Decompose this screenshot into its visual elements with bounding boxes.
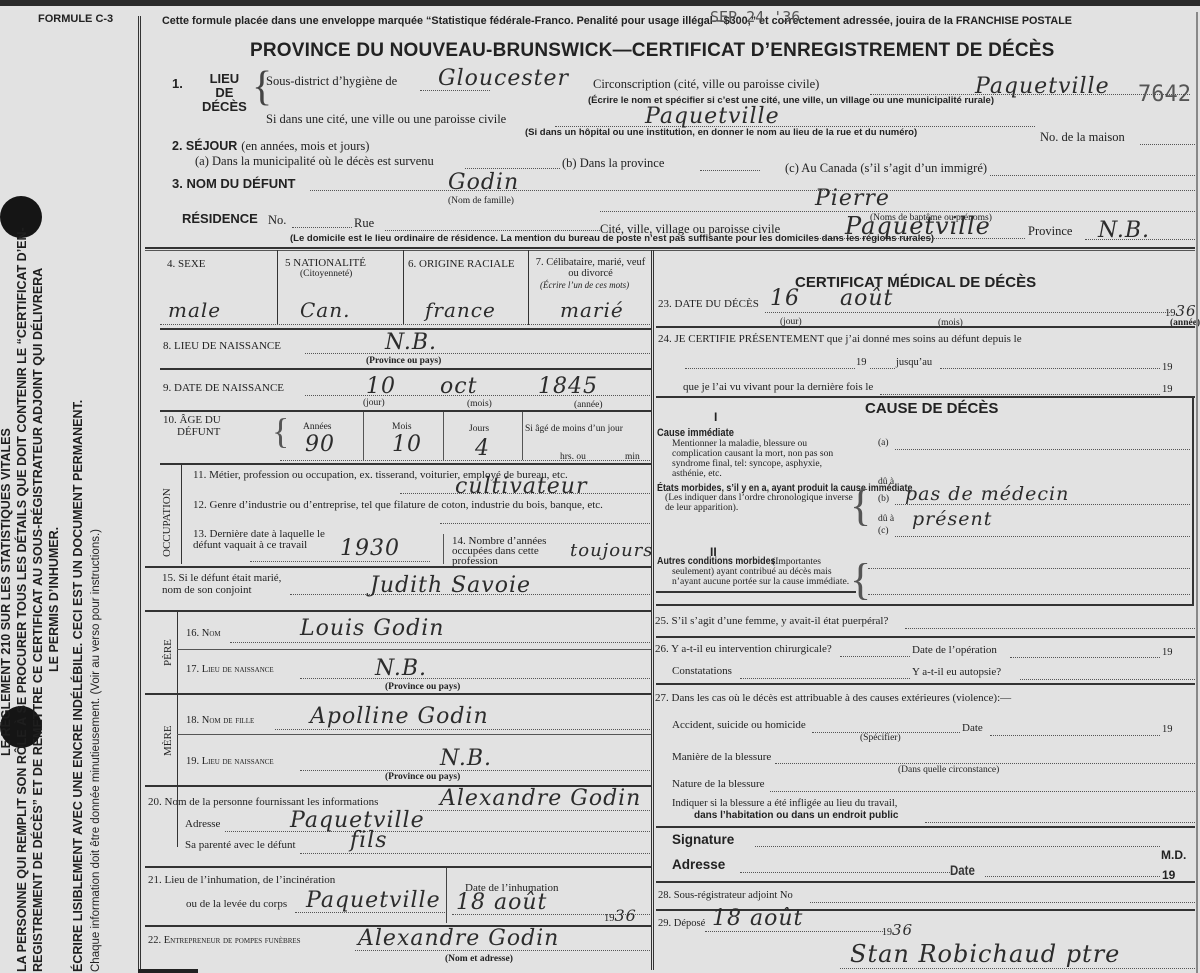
- q29-label: 29. Déposé: [658, 918, 705, 929]
- father-birthplace-label: 17. Lieu de naissance: [186, 664, 274, 675]
- separator: [656, 826, 1195, 828]
- age-months-label: Mois: [392, 422, 412, 432]
- dotted-line: [840, 968, 1195, 969]
- margin-line-4: ÉCRIRE LISIBLEMENT AVEC UNE ENCRE INDÉLÉ…: [70, 400, 86, 972]
- nationalite-sub: (Citoyenneté): [300, 269, 352, 279]
- dotted-line: [310, 190, 1195, 191]
- medical-title: CERTIFICAT MÉDICAL DE DÉCÈS: [795, 274, 1036, 291]
- dotted-line: [305, 395, 650, 396]
- residence-province-value: N.B.: [1098, 218, 1150, 243]
- burial-year-prefix: 19: [604, 913, 615, 924]
- dotted-line: [292, 227, 352, 228]
- date2-label: Date: [950, 863, 975, 878]
- separator: [160, 368, 651, 370]
- father-birthplace-value: N.B.: [375, 656, 427, 681]
- deposited-year-prefix: 19: [882, 927, 892, 938]
- signature-label: Signature: [672, 832, 734, 847]
- dotted-line: [465, 168, 560, 169]
- dotted-line: [250, 561, 430, 562]
- informant-relation-label: Sa parenté avec le défunt: [185, 839, 296, 851]
- dotted-line: [925, 822, 1195, 823]
- dotted-line: [280, 460, 650, 461]
- q24-line3: que je l’ai vu vivant pour la dernière f…: [683, 381, 873, 393]
- morbid-brace: {: [850, 484, 871, 528]
- dotted-line: [705, 931, 885, 932]
- deposited-year-value: 36: [892, 921, 913, 939]
- dotted-line: [685, 368, 855, 369]
- left-margin-instructions: LA PERSONNE QUI REMPLIT SON RÔLE À SE PR…: [0, 6, 150, 973]
- nationalite-label: 5 NATIONALITÉ: [285, 257, 366, 269]
- dotted-line: [225, 831, 650, 832]
- burial-place-label-1: 21. Lieu de l’inhumation, de l’incinérat…: [148, 874, 335, 886]
- circonscription-value: Paquetville: [975, 74, 1110, 99]
- deposited-date: 18 août: [712, 906, 803, 931]
- immediate-desc: Mentionner la maladie, blessure ou compl…: [672, 439, 857, 479]
- dotted-line: [770, 791, 1195, 792]
- cell-divider: [181, 464, 182, 564]
- cell-divider: [177, 610, 178, 847]
- dotted-line: [440, 523, 650, 524]
- dotted-line: [1020, 679, 1195, 680]
- other-desc: (Importantes seulement) ayant contribué …: [672, 557, 852, 587]
- section1-label: LIEU DE DÉCÈS: [202, 72, 247, 114]
- subdistrict-label: Sous-district d’hygiène de: [266, 74, 397, 89]
- dotted-line: [275, 729, 650, 730]
- right-edge: [1196, 12, 1198, 973]
- q24-year-3: 19: [1162, 384, 1173, 395]
- birthplace-value: N.B.: [385, 330, 437, 355]
- undertaker-label: 22. Entrepreneur de pompes funèbres: [148, 935, 301, 946]
- sejour-b: (b) Dans la province: [562, 156, 664, 171]
- margin-line-2: REGISTREMENT DE DÉCÈS” ET DE REMETTRE CE…: [30, 268, 46, 972]
- circonscription-label: Circonscription (cité, ville ou paroisse…: [593, 77, 819, 92]
- separator: [656, 326, 1195, 328]
- occupation-side-label: OCCUPATION: [159, 488, 175, 557]
- dotted-line: [895, 536, 1190, 537]
- q26-year: 19: [1162, 647, 1173, 658]
- q24-jusqu: jusqu’au: [896, 357, 932, 368]
- father-name-label: 16. Nom: [186, 628, 221, 639]
- burial-year-value: 36: [615, 906, 637, 925]
- mother-name-value: Apolline Godin: [310, 704, 489, 729]
- dotted-line: [385, 230, 600, 231]
- cell-divider: [403, 250, 404, 325]
- cell-divider: [443, 534, 444, 564]
- maniere-label: Manière de la blessure: [672, 751, 771, 763]
- separator: [145, 610, 651, 612]
- q25-label: 25. S’il s’agit d’une femme, y avait-il …: [655, 615, 888, 627]
- birth-day: 10: [366, 374, 396, 399]
- dotted-line: [755, 846, 1160, 847]
- cause-a-label: (a): [878, 438, 889, 448]
- separator: [145, 866, 651, 868]
- section1-label-line: LIEU: [202, 72, 247, 86]
- q26-label: 26. Y a-t-il eu intervention chirurgical…: [655, 643, 832, 655]
- nationalite-value: Can.: [300, 298, 350, 322]
- separator: [656, 881, 1195, 883]
- informant-address-label: Adresse: [185, 818, 220, 830]
- informant-label: 20. Nom de la personne fournissant les i…: [148, 796, 378, 808]
- cell-divider: [528, 250, 529, 325]
- form-left-border: [138, 16, 141, 971]
- death-date-label: 23. DATE DU DÉCÈS: [658, 298, 759, 310]
- margin-top-line-1: LE RÈGLEMENT 210 SUR LES STATISTIQUES VI…: [0, 428, 14, 756]
- spouse-value: Judith Savoie: [370, 573, 531, 598]
- sexe-label: 4. SEXE: [167, 258, 206, 270]
- q13-value: 1930: [340, 536, 400, 561]
- birth-day-note: (jour): [363, 398, 385, 408]
- age-label: 10. ÂGE DU DÉFUNT: [163, 414, 221, 438]
- separator: [145, 693, 651, 695]
- death-certificate: FORMULE C-3 LA PERSONNE QUI REMPLIT SON …: [0, 0, 1200, 973]
- age-days-label: Jours: [469, 424, 489, 434]
- md-label: M.D.: [1161, 848, 1186, 862]
- separator: [145, 247, 1195, 249]
- margin-line-5: Chaque information doit être donnée minu…: [88, 529, 104, 972]
- date2-year: 19: [1162, 868, 1175, 882]
- dotted-line: [765, 312, 1170, 313]
- sejour-sub: (en années, mois et jours): [241, 139, 369, 153]
- cause-c-value: présent: [912, 508, 992, 530]
- cell-divider: [446, 868, 447, 923]
- spouse-label: 15. Si le défunt était marié, nom de son…: [162, 572, 302, 596]
- dotted-line: [305, 353, 650, 354]
- etat-label: 7. Célibataire, marié, veuf ou divorcé: [533, 257, 648, 279]
- residence-rue-label: Rue: [354, 216, 374, 231]
- death-month: août: [840, 286, 893, 311]
- page-title: PROVINCE DU NOUVEAU-BRUNSWICK—CERTIFICAT…: [250, 40, 1055, 62]
- separator: [656, 683, 1195, 685]
- sejour-a: (a) Dans la municipalité où le décès est…: [195, 154, 434, 169]
- father-side-label: PÈRE: [160, 639, 176, 666]
- deposited-year: 1936: [882, 921, 913, 939]
- specifier-note: (Spécifier): [860, 733, 901, 743]
- postal-notice: Cette formule placée dans une enveloppe …: [162, 15, 1072, 27]
- house-number-label: No. de la maison: [1040, 130, 1125, 145]
- separator: [177, 734, 651, 735]
- q24-year-1: 19: [856, 357, 867, 368]
- nature-label: Nature de la blessure: [672, 778, 765, 790]
- adresse-label: Adresse: [672, 857, 725, 872]
- cause-b-value: pas de médecin: [905, 483, 1069, 505]
- q24-label: 24. JE CERTIFIE PRÉSENTEMENT que j’ai do…: [658, 333, 1022, 345]
- mother-birthplace-value: N.B.: [440, 746, 492, 771]
- birthdate-label: 9. DATE DE NAISSANCE: [163, 382, 284, 394]
- separator: [656, 636, 1195, 638]
- age-months: 10: [392, 432, 422, 457]
- dotted-line: [990, 735, 1160, 736]
- city-label: Si dans une cité, une ville ou une paroi…: [266, 112, 506, 127]
- separator: [656, 591, 856, 593]
- separator: [145, 566, 651, 568]
- birth-year: 1845: [538, 374, 598, 399]
- section1-number: 1.: [172, 76, 183, 91]
- margin-line-1: LA PERSONNE QUI REMPLIT SON RÔLE À SE PR…: [14, 227, 30, 972]
- cell-divider: [522, 412, 523, 460]
- separator: [145, 250, 1195, 251]
- indiquer-line-2: dans l’habitation ou dans un endroit pub…: [694, 810, 898, 821]
- dotted-line: [905, 628, 1195, 629]
- section1-label-line: DÉCÈS: [202, 100, 247, 114]
- dotted-line: [775, 763, 1195, 764]
- cell-divider: [277, 250, 278, 325]
- morbid-desc: (Les indiquer dans l’ordre chronologique…: [665, 493, 855, 513]
- sejour-title: 2. SÉJOUR: [172, 139, 237, 153]
- dotted-line: [1010, 657, 1160, 658]
- q27-date-label: Date: [962, 722, 983, 734]
- hospital-note: (Si dans un hôpital ou une institution, …: [525, 127, 917, 138]
- dotted-line: [840, 656, 910, 657]
- subdistrict-value: Gloucester: [438, 66, 569, 91]
- undertaker-note: (Nom et adresse): [445, 954, 513, 964]
- circonstance-note: (Dans quelle circonstance): [898, 765, 999, 775]
- indiquer-line-1: Indiquer si la blessure a été infligée a…: [672, 798, 897, 809]
- due-to-2: dû à: [878, 514, 894, 524]
- column-divider: [651, 250, 654, 970]
- q27-label: 27. Dans les cas où le décès est attribu…: [655, 692, 1011, 704]
- q12-label: 12. Genre d’industrie ou d’entreprise, t…: [193, 499, 633, 511]
- undertaker-value: Alexandre Godin: [358, 926, 559, 951]
- etat-sub: (Écrire l’un de ces mots): [540, 280, 629, 290]
- accident-label: Accident, suicide ou homicide: [672, 719, 806, 731]
- birth-year-note: (année): [574, 400, 602, 410]
- margin-line-3: LE PERMIS D’INHUMER.: [46, 527, 62, 672]
- dotted-line: [700, 170, 760, 171]
- birth-month: oct: [440, 374, 477, 399]
- q14-label: 14. Nombre d’années occupées dans cette …: [452, 536, 572, 566]
- burial-place-value: Paquetville: [306, 888, 441, 913]
- dotted-line: [940, 368, 1160, 369]
- dotted-line: [230, 642, 650, 643]
- cell-divider: [443, 412, 444, 460]
- autopsie-label: Y a-t-il eu autopsie?: [912, 666, 1001, 678]
- etat-value: marié: [560, 298, 624, 322]
- age-under-day-label: Si âgé de moins d’un jour: [525, 424, 623, 434]
- bottom-edge: [138, 969, 198, 973]
- q14-value: toujours: [570, 540, 654, 561]
- sejour-label: 2. SÉJOUR (en années, mois et jours): [172, 138, 369, 154]
- section1-label-line: DE: [202, 86, 247, 100]
- dotted-line: [1140, 144, 1195, 145]
- defunt-surname: Godin: [448, 170, 519, 195]
- dotted-line: [740, 872, 952, 873]
- father-name-value: Louis Godin: [300, 616, 444, 641]
- cause-c-label: (c): [878, 526, 889, 536]
- q26-date-label: Date de l’opération: [912, 644, 997, 656]
- dotted-line: [895, 449, 1190, 450]
- mother-name-label: 18. Nom de fille: [186, 715, 254, 726]
- defunt-label: 3. NOM DU DÉFUNT: [172, 176, 296, 191]
- defunt-given-name: Pierre: [815, 186, 890, 211]
- father-birthplace-note: (Province ou pays): [385, 682, 460, 692]
- cause-b-label: (b): [878, 494, 889, 504]
- birth-month-note: (mois): [467, 399, 492, 409]
- burial-year: 1936: [604, 906, 637, 925]
- registrar-signature: Stan Robichaud ptre: [850, 940, 1120, 968]
- death-day: 16: [770, 286, 800, 311]
- age-label-line: DÉFUNT: [163, 426, 221, 438]
- burial-date-value: 18 août: [456, 890, 547, 915]
- other-brace: {: [850, 558, 871, 602]
- residence-province-label: Province: [1028, 224, 1072, 239]
- sexe-value: male: [168, 298, 221, 322]
- origine-value: france: [425, 298, 496, 322]
- received-stamp: SEP 24 '36: [710, 8, 800, 26]
- roman-one: I: [714, 410, 717, 424]
- separator: [177, 649, 651, 650]
- mother-side-label: MÈRE: [160, 725, 176, 756]
- cause-title: CAUSE DE DÉCÈS: [865, 400, 998, 417]
- dotted-line: [810, 902, 1195, 903]
- origine-label: 6. ORIGINE RACIALE: [408, 258, 515, 270]
- dotted-line: [880, 394, 1160, 395]
- birthplace-label: 8. LIEU DE NAISSANCE: [163, 340, 281, 352]
- residence-note: (Le domicile est le lieu ordinaire de ré…: [290, 233, 934, 244]
- dotted-line: [740, 678, 910, 679]
- dotted-line: [300, 678, 650, 679]
- age-years-label: Années: [303, 422, 332, 432]
- age-years: 90: [305, 432, 335, 457]
- residence-no-label: No.: [268, 213, 286, 228]
- dotted-line: [300, 853, 650, 854]
- mother-birthplace-label: 19. Lieu de naissance: [186, 756, 274, 767]
- city-value: Paquetville: [645, 104, 780, 129]
- dotted-line: [985, 876, 1160, 877]
- separator: [160, 410, 651, 412]
- dotted-line: [160, 324, 650, 325]
- constatations-label: Constatations: [672, 665, 732, 677]
- informant-relation-value: fils: [350, 828, 388, 853]
- dotted-line: [868, 594, 1190, 595]
- dotted-line: [990, 175, 1195, 176]
- mother-birthplace-note: (Province ou pays): [385, 772, 460, 782]
- q28-label: 28. Sous-régistrateur adjoint No: [658, 890, 793, 901]
- q11-value: cultivateur: [455, 474, 588, 499]
- q13-label: 13. Dernière date à laquelle le défunt v…: [193, 529, 353, 551]
- informant-value: Alexandre Godin: [440, 786, 641, 811]
- dotted-line: [870, 368, 895, 369]
- surname-note: (Nom de famille): [448, 196, 514, 206]
- q27-year: 19: [1162, 724, 1173, 735]
- residence-label: RÉSIDENCE: [182, 211, 258, 226]
- age-brace: {: [272, 410, 289, 452]
- sejour-c: (c) Au Canada (s’il s’agit d’un immigré): [785, 161, 987, 176]
- q24-year-2: 19: [1162, 362, 1173, 373]
- age-days: 4: [475, 436, 490, 461]
- dotted-line: [868, 568, 1190, 569]
- birthplace-note: (Province ou pays): [366, 356, 441, 366]
- burial-place-label-2: ou de la levée du corps: [186, 898, 287, 910]
- age-label-line: 10. ÂGE DU: [163, 414, 221, 426]
- cell-divider: [363, 412, 364, 460]
- separator: [160, 463, 651, 465]
